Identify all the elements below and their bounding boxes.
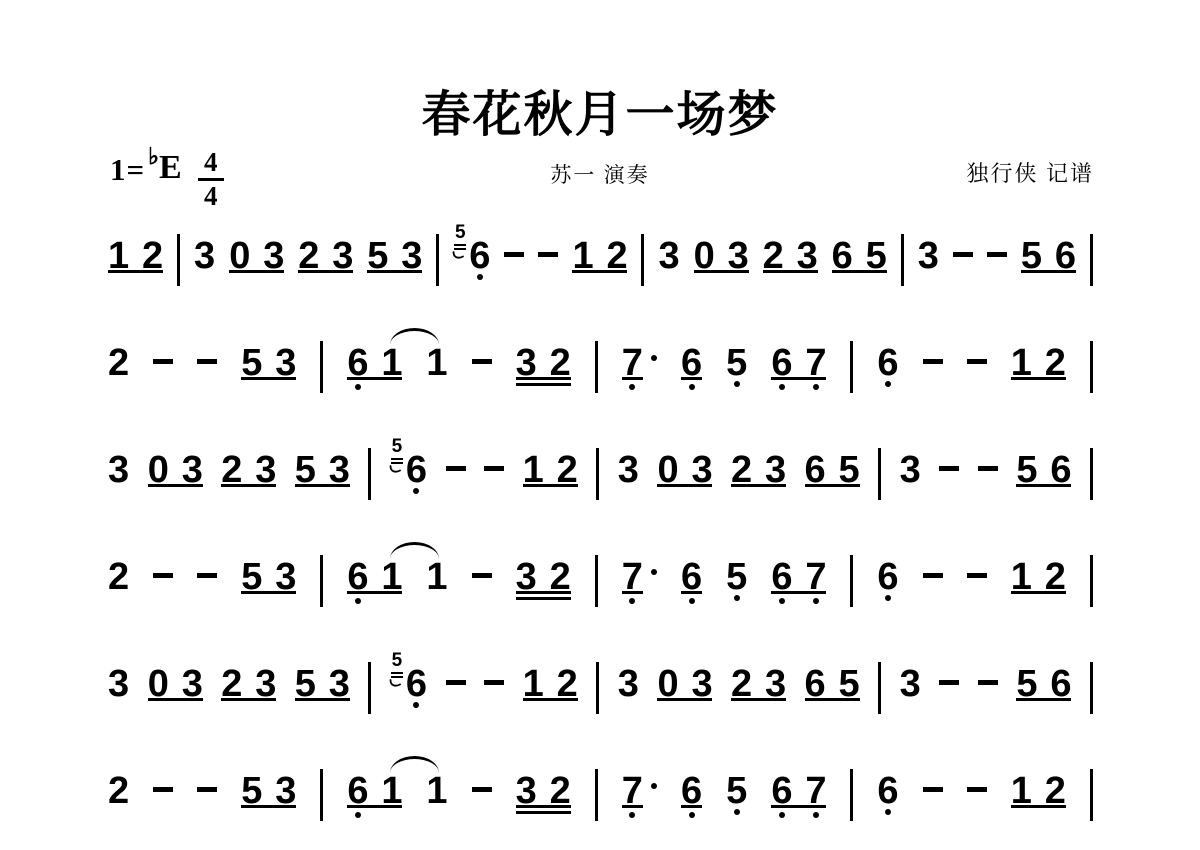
note-column: 3 <box>918 237 939 275</box>
beamed-note-group: 32 <box>516 344 571 386</box>
note: 1 <box>426 344 447 382</box>
note-digit: 1 <box>426 344 447 382</box>
beam-underline <box>367 270 422 273</box>
duration-dash <box>967 573 987 578</box>
barline <box>1090 555 1093 607</box>
duration-dash <box>939 466 959 471</box>
barline <box>596 448 599 500</box>
note: 3 <box>900 451 921 489</box>
barline <box>850 769 853 821</box>
duration-dash <box>197 573 217 578</box>
barline <box>850 555 853 607</box>
note-column: 6 <box>406 665 427 708</box>
augmentation-dot <box>651 569 657 575</box>
barline <box>850 341 853 393</box>
octave-low-dot <box>355 598 361 604</box>
octave-dot-slot <box>805 594 826 604</box>
note: 5 <box>726 558 747 601</box>
note-column: 1 <box>426 344 447 382</box>
note-digit: 6 <box>406 451 427 489</box>
note-digit: 3 <box>900 665 921 703</box>
barline <box>1090 341 1093 393</box>
octave-low-dot <box>477 274 483 280</box>
grace-slur-icon <box>389 465 401 474</box>
barline <box>595 769 598 821</box>
barline <box>320 341 323 393</box>
underline <box>622 805 643 808</box>
beam-underline <box>221 484 276 487</box>
beamed-note-group: 23 <box>221 451 276 487</box>
note-column: 1 <box>426 772 447 810</box>
beam-underline <box>832 270 887 273</box>
beam-underline <box>229 270 284 273</box>
beam-underline <box>241 805 296 808</box>
note-column: 1 <box>426 558 447 596</box>
beam-underline <box>108 270 163 273</box>
barline <box>878 662 881 714</box>
grace-underline <box>391 672 403 674</box>
grace-slur-icon <box>452 251 464 260</box>
note: 6 <box>681 344 702 390</box>
beamed-note-group: 61 <box>347 344 402 390</box>
octave-low-dot <box>734 595 740 601</box>
beam-underline <box>572 270 627 273</box>
beam-underline <box>694 270 749 273</box>
beamed-note-group: 03 <box>148 451 203 487</box>
duration-dash <box>504 252 524 257</box>
note: 7 <box>622 772 657 818</box>
note-digit: 6 <box>877 558 898 596</box>
note-digit: 2 <box>108 344 129 382</box>
duration-dash <box>153 573 173 578</box>
note-digit: 3 <box>618 665 639 703</box>
beam-underline <box>805 484 860 487</box>
beamed-note-group: 23 <box>731 665 786 701</box>
beam-underline <box>1021 270 1076 273</box>
grace-digit: 5 <box>392 437 403 456</box>
barline <box>368 448 371 500</box>
note-digit: 5 <box>726 344 747 382</box>
barline <box>595 555 598 607</box>
score-line: 12303235356123032365356 <box>108 237 1093 295</box>
duration-dash <box>484 466 504 471</box>
note-digit: 2 <box>108 772 129 810</box>
note-column: 3 <box>900 665 921 703</box>
note: 6 <box>681 772 702 818</box>
octave-low-dot <box>629 384 635 390</box>
transcriber-credit: 独行侠 记谱 <box>966 157 1094 188</box>
octave-dot-slot <box>347 594 368 604</box>
barline <box>320 769 323 821</box>
duration-dash <box>978 680 998 685</box>
note-column: 6 <box>877 772 898 815</box>
duration-dash <box>923 573 943 578</box>
octave-low-dot <box>885 809 891 815</box>
note-column: 3 <box>194 237 215 275</box>
score-line: 303235356123032365356 <box>108 665 1093 723</box>
sheet-music-page: 春花秋月一场梦 1= ♭ E 4 4 苏一 演奏 独行侠 记谱 12303235… <box>0 0 1200 850</box>
beamed-note-group: 03 <box>229 237 284 273</box>
note: 3 <box>108 665 129 703</box>
beamed-note-group: 12 <box>1011 558 1066 594</box>
duration-dash <box>446 680 466 685</box>
beamed-note-group: 12 <box>1011 772 1066 808</box>
note: 1 <box>426 558 447 596</box>
duration-dash <box>484 680 504 685</box>
octave-low-dot <box>629 598 635 604</box>
note-digit: 1 <box>426 772 447 810</box>
beamed-note-group: 12 <box>1011 344 1066 380</box>
barline <box>320 555 323 607</box>
tie-arc <box>390 542 439 559</box>
grace-underline <box>391 676 403 678</box>
beam-underline <box>657 698 712 701</box>
barline <box>878 448 881 500</box>
beam-underline <box>516 591 571 594</box>
underline <box>681 377 702 380</box>
grace-underline <box>391 462 403 464</box>
duration-dash <box>939 680 959 685</box>
barline <box>595 341 598 393</box>
beam-underline <box>241 591 296 594</box>
header-meta-row: 1= ♭ E 4 4 苏一 演奏 独行侠 记谱 <box>0 145 1200 207</box>
beam-underline <box>295 698 350 701</box>
note-column: 3 <box>108 665 129 703</box>
note-digit: 6 <box>469 237 490 275</box>
note: 5 <box>726 344 747 387</box>
note: 3 <box>618 451 639 489</box>
beam-underline <box>516 811 571 814</box>
note: 3 <box>618 665 639 703</box>
group-octave-dots <box>771 380 826 390</box>
underline <box>681 805 702 808</box>
note-digit: 5 <box>726 558 747 596</box>
beam-underline <box>516 383 571 386</box>
duration-dash <box>446 466 466 471</box>
underline <box>622 377 643 380</box>
octave-dot-slot <box>347 808 368 818</box>
tie-arc <box>390 328 439 345</box>
beam-underline <box>1011 591 1066 594</box>
octave-low-dot <box>813 384 819 390</box>
score-line: 2536113276567612 <box>108 344 1093 402</box>
beamed-note-group: 65 <box>832 237 887 273</box>
beamed-note-group: 23 <box>221 665 276 701</box>
beam-underline <box>1016 484 1071 487</box>
note: 3 <box>194 237 215 275</box>
beamed-note-group: 53 <box>367 237 422 273</box>
note-digit: 1 <box>426 558 447 596</box>
octave-dot-slot <box>381 594 402 604</box>
note-column: 3 <box>618 451 639 489</box>
note-column: 6 <box>406 451 427 494</box>
duration-dash <box>967 787 987 792</box>
note: 2 <box>108 772 129 810</box>
beamed-note-group: 67 <box>771 344 826 390</box>
beamed-note-group: 12 <box>523 665 578 701</box>
beamed-note-group: 53 <box>241 344 296 380</box>
beam-underline <box>1011 377 1066 380</box>
note-digit: 3 <box>658 237 679 275</box>
note-column: 3 <box>900 451 921 489</box>
grace-note: 5 <box>390 437 404 474</box>
note-column: 7 <box>622 344 643 390</box>
beam-underline <box>516 805 571 808</box>
beamed-note-group: 67 <box>771 558 826 604</box>
note-digit: 3 <box>918 237 939 275</box>
note-column: 6 <box>681 344 702 390</box>
beamed-note-group: 12 <box>523 451 578 487</box>
duration-dash <box>538 252 558 257</box>
beam-underline <box>523 698 578 701</box>
beam-underline <box>805 698 860 701</box>
beamed-note-group: 65 <box>805 665 860 701</box>
beam-underline <box>731 484 786 487</box>
grace-underline <box>454 244 466 246</box>
group-octave-dots <box>771 808 826 818</box>
note-column: 3 <box>658 237 679 275</box>
barline <box>1090 769 1093 821</box>
octave-low-dot <box>779 812 785 818</box>
note: 7 <box>622 558 657 604</box>
barline <box>641 234 644 286</box>
duration-dash <box>978 466 998 471</box>
beamed-note-group: 03 <box>148 665 203 701</box>
barline <box>596 662 599 714</box>
note-column: 6 <box>877 344 898 387</box>
beam-underline <box>516 377 571 380</box>
beamed-note-group: 61 <box>347 558 402 604</box>
note: 3 <box>900 665 921 703</box>
beam-underline <box>657 484 712 487</box>
barline <box>436 234 439 286</box>
note-digit: 2 <box>108 558 129 596</box>
note-column: 7 <box>622 558 643 604</box>
group-octave-dots <box>347 380 402 390</box>
octave-low-dot <box>779 598 785 604</box>
note-digit: 3 <box>900 451 921 489</box>
note-digit: 3 <box>108 665 129 703</box>
beamed-note-group: 53 <box>295 451 350 487</box>
duration-dash <box>197 359 217 364</box>
grace-digit: 5 <box>455 223 466 242</box>
octave-low-dot <box>779 384 785 390</box>
note-column: 6 <box>877 558 898 601</box>
note-digit: 3 <box>618 451 639 489</box>
grace-note: 5 <box>453 223 467 260</box>
augmentation-dot <box>651 355 657 361</box>
duration-dash <box>953 252 973 257</box>
beamed-note-group: 56 <box>1016 665 1071 701</box>
grace-underline <box>454 248 466 250</box>
octave-low-dot <box>813 598 819 604</box>
beam-underline <box>763 270 818 273</box>
note: 6 <box>681 558 702 604</box>
octave-dot-slot <box>805 808 826 818</box>
duration-dash <box>153 787 173 792</box>
note: 2 <box>108 344 129 382</box>
note: 3 <box>658 237 679 275</box>
beamed-note-group: 12 <box>572 237 627 273</box>
note-column: 7 <box>622 772 643 818</box>
barline <box>1090 662 1093 714</box>
note-column: 6 <box>469 237 490 280</box>
octave-low-dot <box>355 384 361 390</box>
beamed-note-group: 03 <box>657 665 712 701</box>
score-line: 303235356123032365356 <box>108 451 1093 509</box>
duration-dash <box>987 252 1007 257</box>
note-digit: 3 <box>108 451 129 489</box>
beamed-note-group: 65 <box>805 451 860 487</box>
note-digit: 3 <box>194 237 215 275</box>
note-column: 3 <box>108 451 129 489</box>
note-column: 6 <box>681 772 702 818</box>
note-column: 2 <box>108 344 129 382</box>
note: 56 <box>390 451 427 494</box>
octave-dot-slot <box>347 380 368 390</box>
duration-dash <box>472 787 492 792</box>
beam-underline <box>295 484 350 487</box>
duration-dash <box>472 359 492 364</box>
beamed-note-group: 23 <box>731 451 786 487</box>
barline <box>1090 234 1093 286</box>
octave-dot-slot <box>381 808 402 818</box>
note: 2 <box>108 558 129 596</box>
beam-underline <box>1011 805 1066 808</box>
note: 56 <box>390 665 427 708</box>
beamed-note-group: 61 <box>347 772 402 818</box>
octave-low-dot <box>689 598 695 604</box>
octave-dot-slot <box>771 594 792 604</box>
beam-underline <box>731 698 786 701</box>
octave-low-dot <box>689 384 695 390</box>
beam-underline <box>148 484 203 487</box>
barline <box>901 234 904 286</box>
octave-low-dot <box>629 812 635 818</box>
barline <box>177 234 180 286</box>
octave-low-dot <box>885 595 891 601</box>
note-column: 5 <box>726 772 747 815</box>
note-digit: 6 <box>877 772 898 810</box>
duration-dash <box>923 359 943 364</box>
octave-low-dot <box>885 381 891 387</box>
beam-underline <box>523 484 578 487</box>
duration-dash <box>472 573 492 578</box>
octave-low-dot <box>355 812 361 818</box>
underline <box>622 591 643 594</box>
beamed-note-group: 12 <box>108 237 163 273</box>
beam-underline <box>516 597 571 600</box>
octave-low-dot <box>734 809 740 815</box>
note: 5 <box>726 772 747 815</box>
beamed-note-group: 53 <box>295 665 350 701</box>
note-column: 3 <box>618 665 639 703</box>
note-column: 5 <box>726 344 747 387</box>
beam-underline <box>241 377 296 380</box>
note-digit: 5 <box>726 772 747 810</box>
beam-underline <box>148 698 203 701</box>
beam-underline <box>221 698 276 701</box>
score-line: 2536113276567612 <box>108 772 1093 830</box>
duration-dash <box>153 359 173 364</box>
note-digit: 6 <box>406 665 427 703</box>
octave-dot-slot <box>805 380 826 390</box>
note-column: 6 <box>681 558 702 604</box>
grace-underline <box>391 458 403 460</box>
beamed-note-group: 56 <box>1016 451 1071 487</box>
barline <box>368 662 371 714</box>
octave-low-dot <box>413 488 419 494</box>
beamed-note-group: 32 <box>516 772 571 814</box>
duration-dash <box>197 787 217 792</box>
octave-low-dot <box>813 812 819 818</box>
octave-low-dot <box>413 702 419 708</box>
note: 56 <box>453 237 490 280</box>
note: 7 <box>622 344 657 390</box>
note: 6 <box>877 344 898 387</box>
octave-dot-slot <box>771 808 792 818</box>
note-digit: 6 <box>877 344 898 382</box>
beamed-note-group: 56 <box>1021 237 1076 273</box>
note: 6 <box>877 772 898 815</box>
group-octave-dots <box>347 594 402 604</box>
beamed-note-group: 23 <box>298 237 353 273</box>
note: 3 <box>918 237 939 275</box>
barline <box>1090 448 1093 500</box>
beam-underline <box>298 270 353 273</box>
note: 3 <box>108 451 129 489</box>
octave-low-dot <box>689 812 695 818</box>
group-octave-dots <box>771 594 826 604</box>
octave-dot-slot <box>381 380 402 390</box>
grace-note: 5 <box>390 651 404 688</box>
duration-dash <box>967 359 987 364</box>
note-column: 5 <box>726 558 747 601</box>
group-octave-dots <box>347 808 402 818</box>
score-lines: 1230323535612303236535625361132765676123… <box>108 237 1093 830</box>
beamed-note-group: 67 <box>771 772 826 818</box>
note: 6 <box>877 558 898 601</box>
note-column: 2 <box>108 558 129 596</box>
beamed-note-group: 03 <box>657 451 712 487</box>
grace-slur-icon <box>389 679 401 688</box>
duration-dash <box>923 787 943 792</box>
score-line: 2536113276567612 <box>108 558 1093 616</box>
beamed-note-group: 03 <box>694 237 749 273</box>
song-title: 春花秋月一场梦 <box>0 0 1200 143</box>
beamed-note-group: 53 <box>241 558 296 594</box>
note-column: 2 <box>108 772 129 810</box>
grace-digit: 5 <box>392 651 403 670</box>
octave-dot-slot <box>771 380 792 390</box>
underline <box>681 591 702 594</box>
beam-underline <box>1016 698 1071 701</box>
octave-low-dot <box>734 381 740 387</box>
beamed-note-group: 53 <box>241 772 296 808</box>
augmentation-dot <box>651 783 657 789</box>
beamed-note-group: 23 <box>763 237 818 273</box>
beamed-note-group: 32 <box>516 558 571 600</box>
tie-arc <box>390 756 439 773</box>
note: 1 <box>426 772 447 810</box>
